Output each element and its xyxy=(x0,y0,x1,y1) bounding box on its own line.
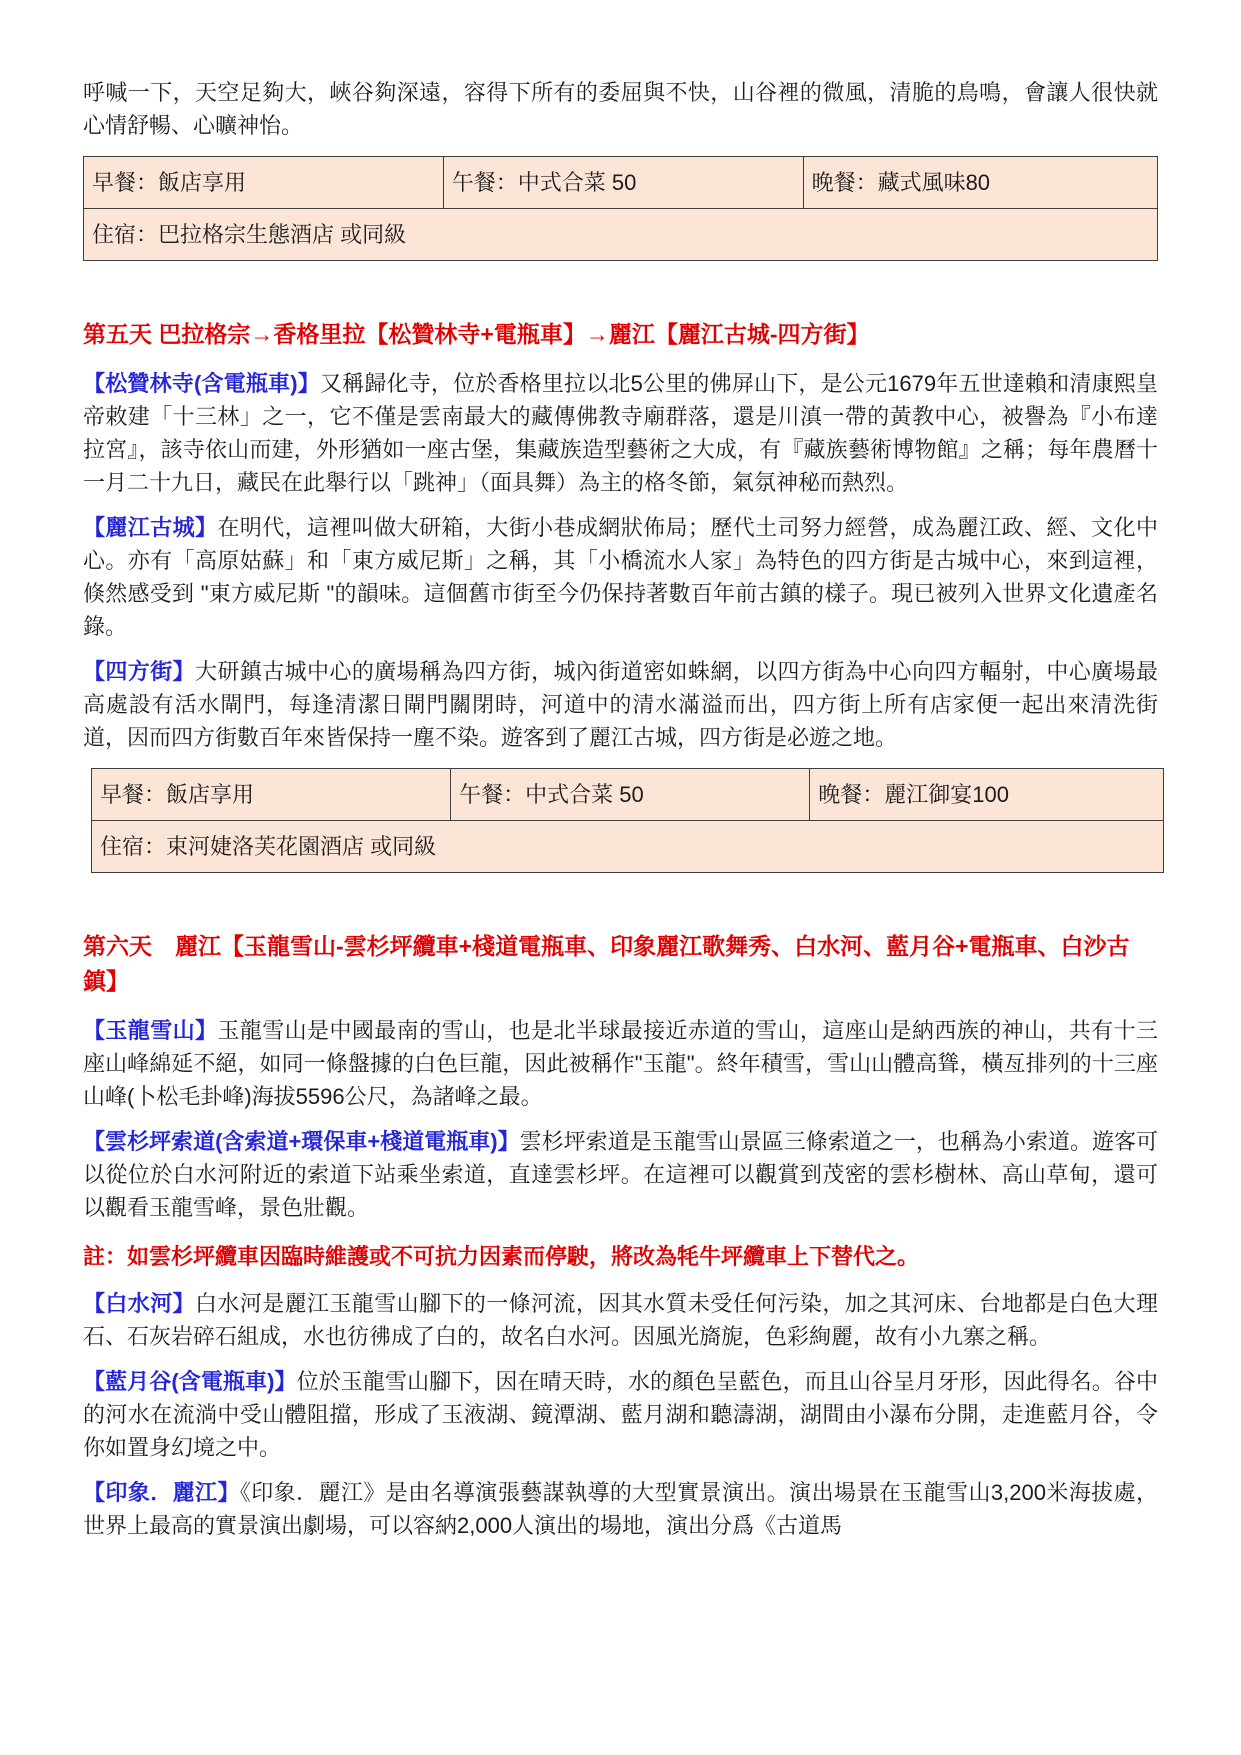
cableway-substitution-note: 註：如雲杉坪纜車因臨時維護或不可抗力因素而停駛，將改為牦牛坪纜車上下替代之。 xyxy=(83,1240,1158,1273)
section-label: 【白水河】 xyxy=(83,1291,195,1316)
section-label: 【雲杉坪索道(含索道+環保車+棧道電瓶車)】 xyxy=(83,1129,520,1154)
section-lijiang-old-town: 【麗江古城】在明代，這裡叫做大研箱，大街小巷成網狀佈局；歷代土司努力經營，成為麗… xyxy=(83,511,1158,643)
meal-table-day5: 早餐：飯店享用 午餐：中式合菜 50 晚餐：麗江御宴100 住宿：束河婕洛芙花園… xyxy=(91,768,1164,873)
day5-heading: 第五天 巴拉格宗→香格里拉【松贊林寺+電瓶車】→麗江【麗江古城-四方街】 xyxy=(83,317,1158,353)
lodging-row: 住宿：束河婕洛芙花園酒店 或同級 xyxy=(92,820,1164,872)
section-songzanlin: 【松贊林寺(含電瓶車)】又稱歸化寺，位於香格里拉以北5公里的佛屏山下，是公元16… xyxy=(83,367,1158,499)
lunch-cell: 午餐：中式合菜 50 xyxy=(451,768,810,820)
breakfast-cell: 早餐：飯店享用 xyxy=(92,768,451,820)
section-label: 【玉龍雪山】 xyxy=(83,1018,217,1043)
section-text: 在明代，這裡叫做大研箱，大街小巷成網狀佈局；歷代土司努力經營，成為麗江政、經、文… xyxy=(83,515,1158,639)
meal-row: 早餐：飯店享用 午餐：中式合菜 50 晚餐：藏式風味80 xyxy=(84,157,1158,209)
lunch-cell: 午餐：中式合菜 50 xyxy=(443,157,803,209)
section-blue-moon-valley: 【藍月谷(含電瓶車)】位於玉龍雪山腳下，因在晴天時，水的顏色呈藍色，而且山谷呈月… xyxy=(83,1365,1158,1464)
section-text: 玉龍雪山是中國最南的雪山，也是北半球最接近赤道的雪山，這座山是納西族的神山，共有… xyxy=(83,1018,1158,1109)
section-text: 《印象．麗江》是由名導演張藝謀執導的大型實景演出。演出場景在玉龍雪山3,200米… xyxy=(83,1480,1158,1538)
section-label: 【藍月谷(含電瓶車)】 xyxy=(83,1369,297,1394)
intro-paragraph: 呼喊一下，天空足夠大，峽谷夠深遠，容得下所有的委屈與不快，山谷裡的微風，清脆的鳥… xyxy=(83,76,1158,142)
lodging-cell: 住宿：束河婕洛芙花園酒店 或同級 xyxy=(92,820,1164,872)
itinerary-document-page: 呼喊一下，天空足夠大，峽谷夠深遠，容得下所有的委屈與不快，山谷裡的微風，清脆的鳥… xyxy=(0,0,1241,1542)
lodging-row: 住宿：巴拉格宗生態酒店 或同級 xyxy=(84,209,1158,261)
section-jade-dragon-snow-mountain: 【玉龍雪山】玉龍雪山是中國最南的雪山，也是北半球最接近赤道的雪山，這座山是納西族… xyxy=(83,1014,1158,1113)
section-sifang-street: 【四方街】大研鎮古城中心的廣場稱為四方街，城內街道密如蛛網，以四方街為中心向四方… xyxy=(83,655,1158,754)
section-spruce-meadow-cableway: 【雲杉坪索道(含索道+環保車+棧道電瓶車)】雲杉坪索道是玉龍雪山景區三條索道之一… xyxy=(83,1125,1158,1224)
section-text: 大研鎮古城中心的廣場稱為四方街，城內街道密如蛛網，以四方街為中心向四方輻射，中心… xyxy=(83,659,1158,750)
dinner-cell: 晚餐：藏式風味80 xyxy=(803,157,1157,209)
section-impression-lijiang: 【印象．麗江】《印象．麗江》是由名導演張藝謀執導的大型實景演出。演出場景在玉龍雪… xyxy=(83,1476,1158,1542)
lodging-cell: 住宿：巴拉格宗生態酒店 或同級 xyxy=(84,209,1158,261)
meal-row: 早餐：飯店享用 午餐：中式合菜 50 晚餐：麗江御宴100 xyxy=(92,768,1164,820)
section-label: 【印象．麗江】 xyxy=(83,1480,240,1505)
section-label: 【麗江古城】 xyxy=(83,515,217,540)
meal-table-day4: 早餐：飯店享用 午餐：中式合菜 50 晚餐：藏式風味80 住宿：巴拉格宗生態酒店… xyxy=(83,156,1158,261)
day6-heading: 第六天 麗江【玉龍雪山-雲杉坪纜車+棧道電瓶車、印象麗江歌舞秀、白水河、藍月谷+… xyxy=(83,929,1158,1000)
section-text: 白水河是麗江玉龍雪山腳下的一條河流，因其水質未受任何污染，加之其河床、台地都是白… xyxy=(83,1291,1158,1349)
dinner-cell: 晚餐：麗江御宴100 xyxy=(810,768,1164,820)
breakfast-cell: 早餐：飯店享用 xyxy=(84,157,444,209)
section-label: 【四方街】 xyxy=(83,659,195,684)
section-baishui-river: 【白水河】白水河是麗江玉龍雪山腳下的一條河流，因其水質未受任何污染，加之其河床、… xyxy=(83,1287,1158,1353)
section-label: 【松贊林寺(含電瓶車)】 xyxy=(83,371,320,396)
